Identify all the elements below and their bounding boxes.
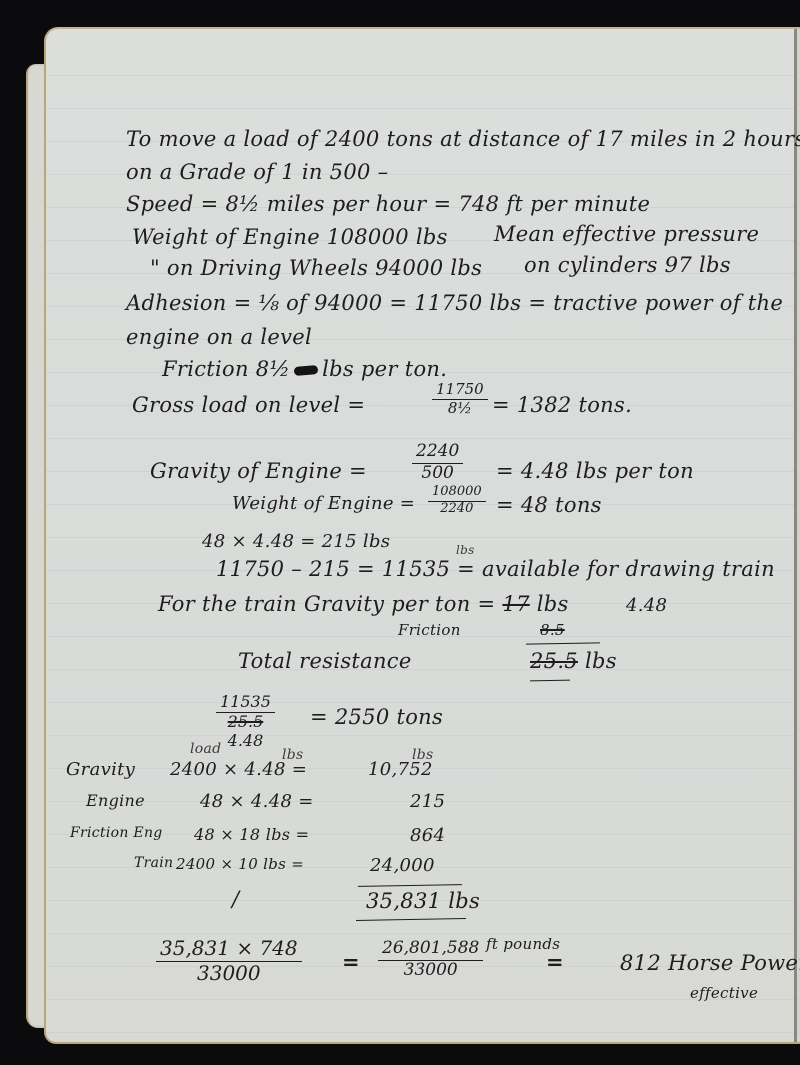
fraction-numerator: 35,831 × 748 — [156, 937, 302, 962]
adhesion-line: Adhesion = ⅛ of 94000 = 11750 lbs = trac… — [126, 291, 783, 315]
load-division-result: = 2550 tons — [310, 705, 443, 729]
problem-text: To move a load of — [126, 127, 318, 151]
friction-line: Friction 8½lbs per ton. — [162, 357, 447, 381]
struck-friction-value: 8.5 — [540, 621, 565, 639]
fraction-numerator: 108000 — [428, 485, 486, 502]
fraction-denominator: 2240 — [428, 502, 486, 517]
row-expr-friction-engine: 48 × 18 lbs = — [194, 825, 309, 844]
fraction-numerator: 11750 — [432, 381, 488, 400]
fraction-numerator: 11535 — [216, 693, 275, 713]
load-division-fraction: 11535 25.5 4.48 — [216, 693, 275, 750]
gross-load-result: = 1382 tons. — [492, 393, 632, 417]
gravity-engine-result: = 4.48 lbs per ton — [496, 459, 694, 483]
fraction-denominator: 8½ — [432, 400, 488, 417]
horsepower-result: 812 Horse Power — [620, 951, 800, 975]
gravity-engine-fraction: 2240 500 — [412, 442, 463, 483]
available-force-line: 11750 – 215 = 11535 = available for draw… — [216, 557, 775, 581]
struck-denominator: 25.5 — [216, 713, 275, 731]
row-value-train: 24,000 — [370, 855, 435, 876]
load-header: load — [190, 741, 221, 757]
mean-pressure-line-1: Mean effective pressure — [494, 222, 759, 246]
notebook-page: To move a load of 2400 tons at distance … — [44, 27, 800, 1044]
adhesion-line-2: engine on a level — [126, 325, 312, 349]
row-value-gravity: 10,752 — [368, 759, 433, 780]
weight-engine-result: = 48 tons — [496, 493, 602, 517]
fraction-denominator: 4.48 — [216, 732, 275, 750]
problem-line-2: on a Grade of 1 in 500 – — [126, 160, 388, 184]
unit: lbs — [585, 649, 617, 673]
equals-sign-2: = — [546, 949, 564, 974]
total-resistance-sum: 35,831 lbs — [366, 889, 480, 913]
speed-line: Speed = 8½ miles per hour = 748 ft per m… — [126, 192, 650, 216]
row-expr-gravity: 2400 × 4.48 = — [170, 759, 307, 780]
engine-gravity-calc: 48 × 4.48 = 215 lbs — [202, 531, 390, 552]
row-label-friction-engine: Friction Eng — [70, 825, 163, 841]
weight-engine-fraction: 108000 2240 — [428, 485, 486, 517]
fraction-numerator: 26,801,588 — [378, 939, 483, 961]
total-resistance-value: 25.5 lbs — [530, 649, 617, 673]
horsepower-note: effective — [690, 984, 758, 1002]
fraction-denominator: 33000 — [156, 962, 302, 985]
friction-note: Friction — [398, 621, 461, 639]
row-value-engine: 215 — [410, 791, 445, 812]
load-value: 2400 — [325, 127, 380, 151]
weight-engine-label: Weight of Engine = — [232, 493, 415, 514]
sum-rule — [526, 642, 600, 644]
fraction-denominator: 500 — [412, 464, 463, 484]
row-label-engine: Engine — [86, 791, 145, 810]
equals-sign-1: = — [342, 949, 360, 974]
fraction-numerator: 2240 — [412, 442, 463, 464]
train-gravity-value: 4.48 — [626, 595, 667, 616]
unit: lbs — [537, 592, 569, 616]
problem-line-1: To move a load of 2400 tons at distance … — [126, 127, 800, 151]
row-label-train: Train — [134, 855, 173, 871]
engine-weight-line: Weight of Engine 108000 lbs — [132, 225, 448, 249]
row-expr-train: 2400 × 10 lbs = — [176, 855, 304, 873]
problem-text-rest: tons at distance of 17 miles in 2 hours — [387, 127, 800, 151]
friction-value: Friction 8½ — [162, 357, 290, 381]
row-value-friction-engine: 864 — [410, 825, 445, 846]
total-rule — [358, 884, 462, 887]
mean-pressure-line-2: on cylinders 97 lbs — [524, 253, 731, 277]
gravity-engine-label: Gravity of Engine = — [150, 459, 367, 483]
friction-unit: lbs per ton. — [322, 357, 447, 381]
check-mark: / — [232, 887, 239, 911]
row-label-gravity: Gravity — [66, 759, 135, 780]
row-expr-engine: 48 × 4.48 = — [200, 791, 314, 812]
total-resistance-label: Total resistance — [238, 649, 412, 673]
underline — [530, 680, 570, 682]
train-gravity-line: For the train Gravity per ton = 17 lbs — [158, 592, 569, 616]
horsepower-fraction-2: 26,801,588 33000 — [378, 939, 483, 980]
train-gravity-label: For the train Gravity per ton = — [158, 592, 495, 616]
fraction-denominator: 33000 — [378, 961, 483, 981]
gross-load-label: Gross load on level = — [132, 393, 365, 417]
available-lbs-unit: lbs — [456, 543, 475, 557]
total-underline — [356, 918, 466, 921]
horsepower-fraction-1: 35,831 × 748 33000 — [156, 937, 302, 985]
struck-value: 17 — [502, 592, 529, 616]
driving-wheels-line: " on Driving Wheels 94000 lbs — [150, 256, 482, 280]
ink-blot — [294, 365, 319, 376]
struck-value: 25.5 — [530, 649, 578, 673]
gross-load-fraction: 11750 8½ — [432, 381, 488, 418]
